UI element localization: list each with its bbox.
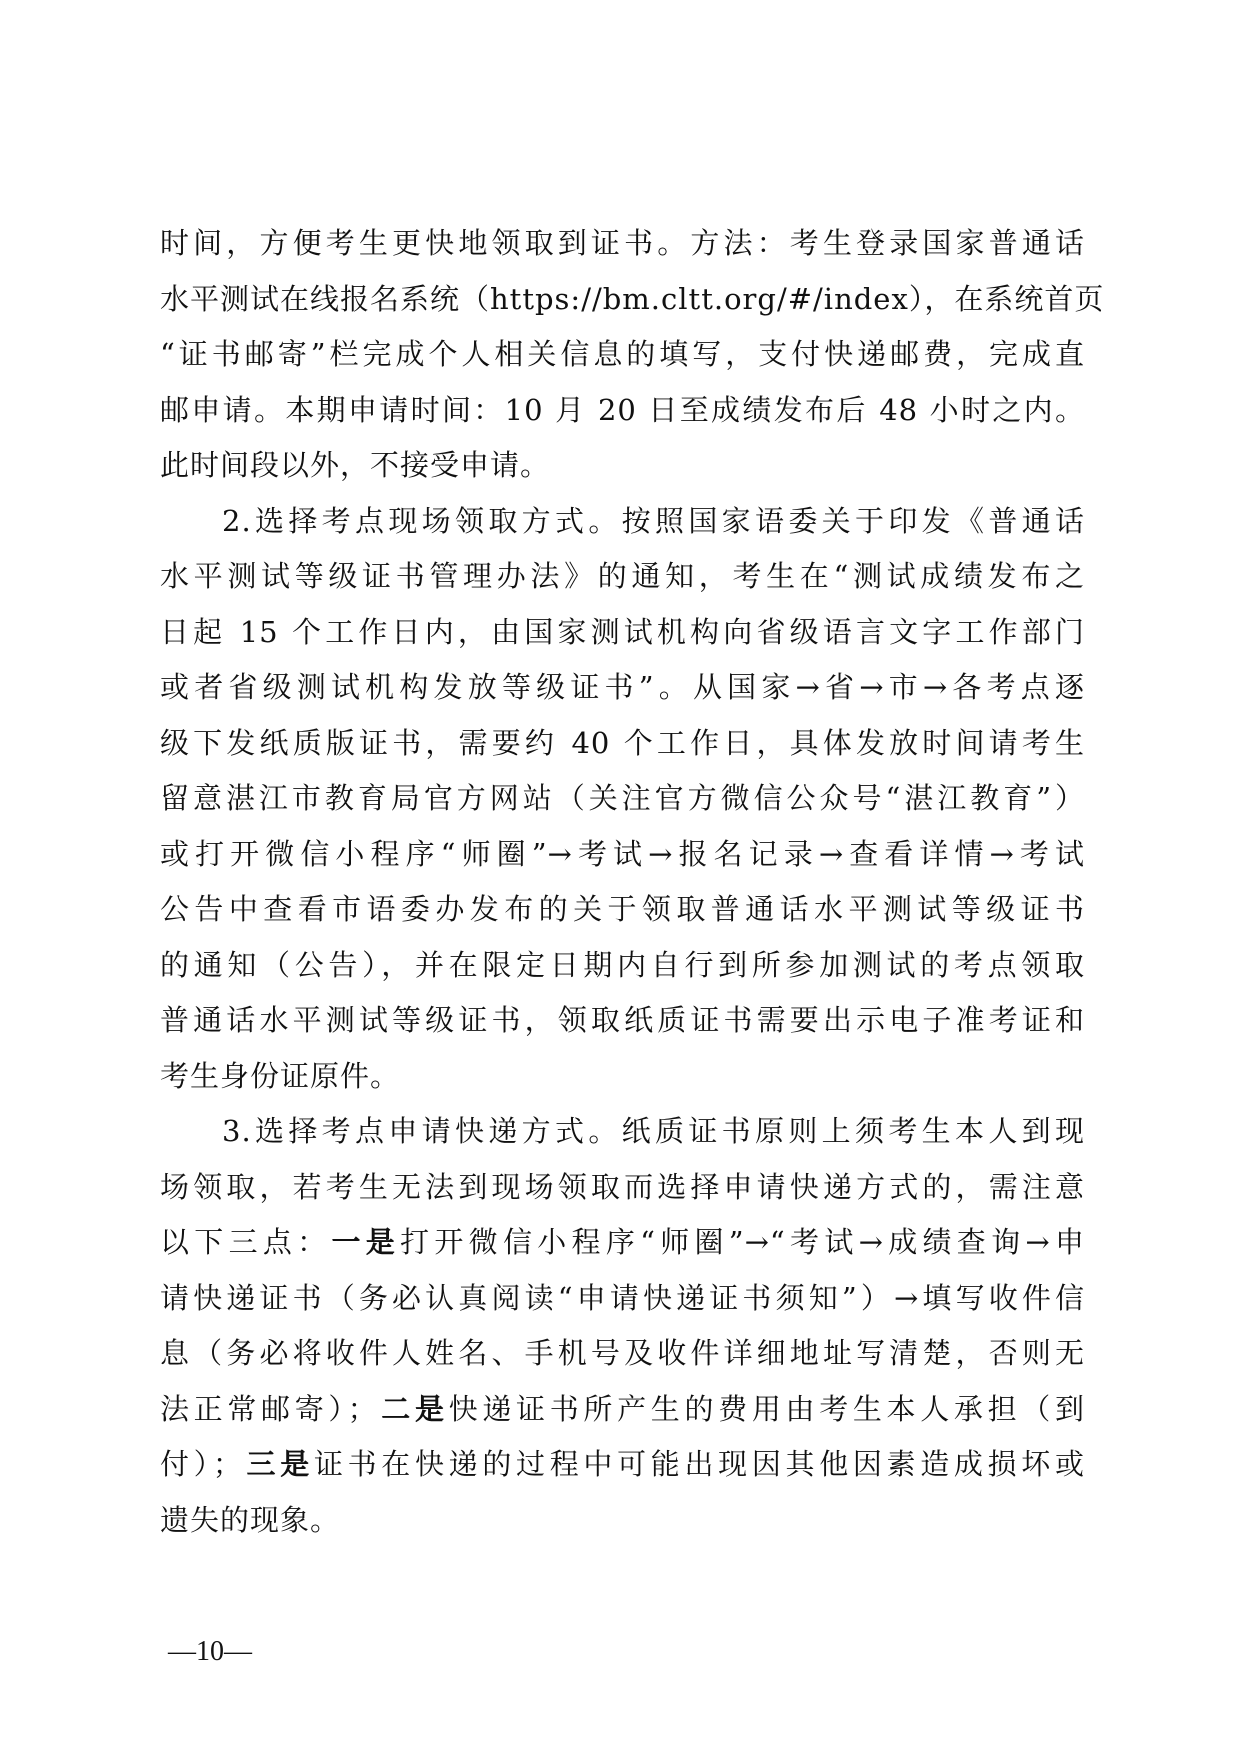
text-span: 以下三点：	[160, 1225, 331, 1259]
text-span: 付）；	[160, 1447, 243, 1481]
text-line: 或打开微信小程序“师圈”→考试→报名记录→查看详情→考试	[160, 827, 1085, 883]
text-line: 日起 15 个工作日内，由国家测试机构向省级语言文字工作部门	[160, 605, 1085, 661]
text-line: 付）；三是证书在快递的过程中可能出现因其他因素造成损坏或	[160, 1437, 1085, 1493]
text-span: 快递证书所产生的费用由考生本人承担（到	[449, 1392, 1085, 1426]
text-line: 或者省级测试机构发放等级证书”。从国家→省→市→各考点逐	[160, 660, 1085, 716]
text-line: 普通话水平测试等级证书，领取纸质证书需要出示电子准考证和	[160, 993, 1085, 1049]
page-number: —10—	[168, 1632, 252, 1672]
text-line: “证书邮寄”栏完成个人相关信息的填写，支付快递邮费，完成直	[160, 327, 1085, 383]
text-line: 水平测试在线报名系统（https://bm.cltt.org/#/index），…	[160, 272, 1085, 328]
text-span: 法正常邮寄）；	[160, 1392, 378, 1426]
paragraph-direct-mail: 时间，方便考生更快地领取到证书。方法：考生登录国家普通话 水平测试在线报名系统（…	[160, 216, 1085, 494]
text-line: 以下三点：一是打开微信小程序“师圈”→“考试→成绩查询→申	[160, 1215, 1085, 1271]
text-line: 2.选择考点现场领取方式。按照国家语委关于印发《普通话	[160, 494, 1085, 550]
text-line: 考生身份证原件。	[160, 1049, 1085, 1105]
text-line: 邮申请。本期申请时间：10 月 20 日至成绩发布后 48 小时之内。	[160, 383, 1085, 439]
text-line: 法正常邮寄）；二是快递证书所产生的费用由考生本人承担（到	[160, 1382, 1085, 1438]
text-line: 场领取，若考生无法到现场领取而选择申请快递方式的，需注意	[160, 1160, 1085, 1216]
text-span: 打开微信小程序“师圈”→“考试→成绩查询→申	[400, 1225, 1085, 1259]
text-line: 公告中查看市语委办发布的关于领取普通话水平测试等级证书	[160, 882, 1085, 938]
text-line: 的通知（公告），并在限定日期内自行到所参加测试的考点领取	[160, 938, 1085, 994]
document-body: 时间，方便考生更快地领取到证书。方法：考生登录国家普通话 水平测试在线报名系统（…	[160, 216, 1085, 1548]
text-line: 息（务必将收件人姓名、手机号及收件详细地址写清楚，否则无	[160, 1326, 1085, 1382]
text-line: 级下发纸质版证书，需要约 40 个工作日，具体发放时间请考生	[160, 716, 1085, 772]
emphasis-first-point: 一是	[331, 1225, 400, 1259]
text-line: 留意湛江市教育局官方网站（关注官方微信公众号“湛江教育”）	[160, 771, 1085, 827]
text-line: 此时间段以外，不接受申请。	[160, 438, 1085, 494]
text-line: 请快递证书（务必认真阅读“申请快递证书须知”）→填写收件信	[160, 1271, 1085, 1327]
paragraph-express-delivery: 3.选择考点申请快递方式。纸质证书原则上须考生本人到现 场领取，若考生无法到现场…	[160, 1104, 1085, 1548]
text-line: 时间，方便考生更快地领取到证书。方法：考生登录国家普通话	[160, 216, 1085, 272]
text-span: 证书在快递的过程中可能出现因其他因素造成损坏或	[314, 1447, 1085, 1481]
emphasis-third-point: 三是	[243, 1447, 314, 1481]
text-line: 水平测试等级证书管理办法》的通知，考生在“测试成绩发布之	[160, 549, 1085, 605]
paragraph-onsite-pickup: 2.选择考点现场领取方式。按照国家语委关于印发《普通话 水平测试等级证书管理办法…	[160, 494, 1085, 1105]
text-line: 遗失的现象。	[160, 1493, 1085, 1549]
text-line: 3.选择考点申请快递方式。纸质证书原则上须考生本人到现	[160, 1104, 1085, 1160]
emphasis-second-point: 二是	[378, 1392, 449, 1426]
document-page: 时间，方便考生更快地领取到证书。方法：考生登录国家普通话 水平测试在线报名系统（…	[0, 0, 1240, 1754]
